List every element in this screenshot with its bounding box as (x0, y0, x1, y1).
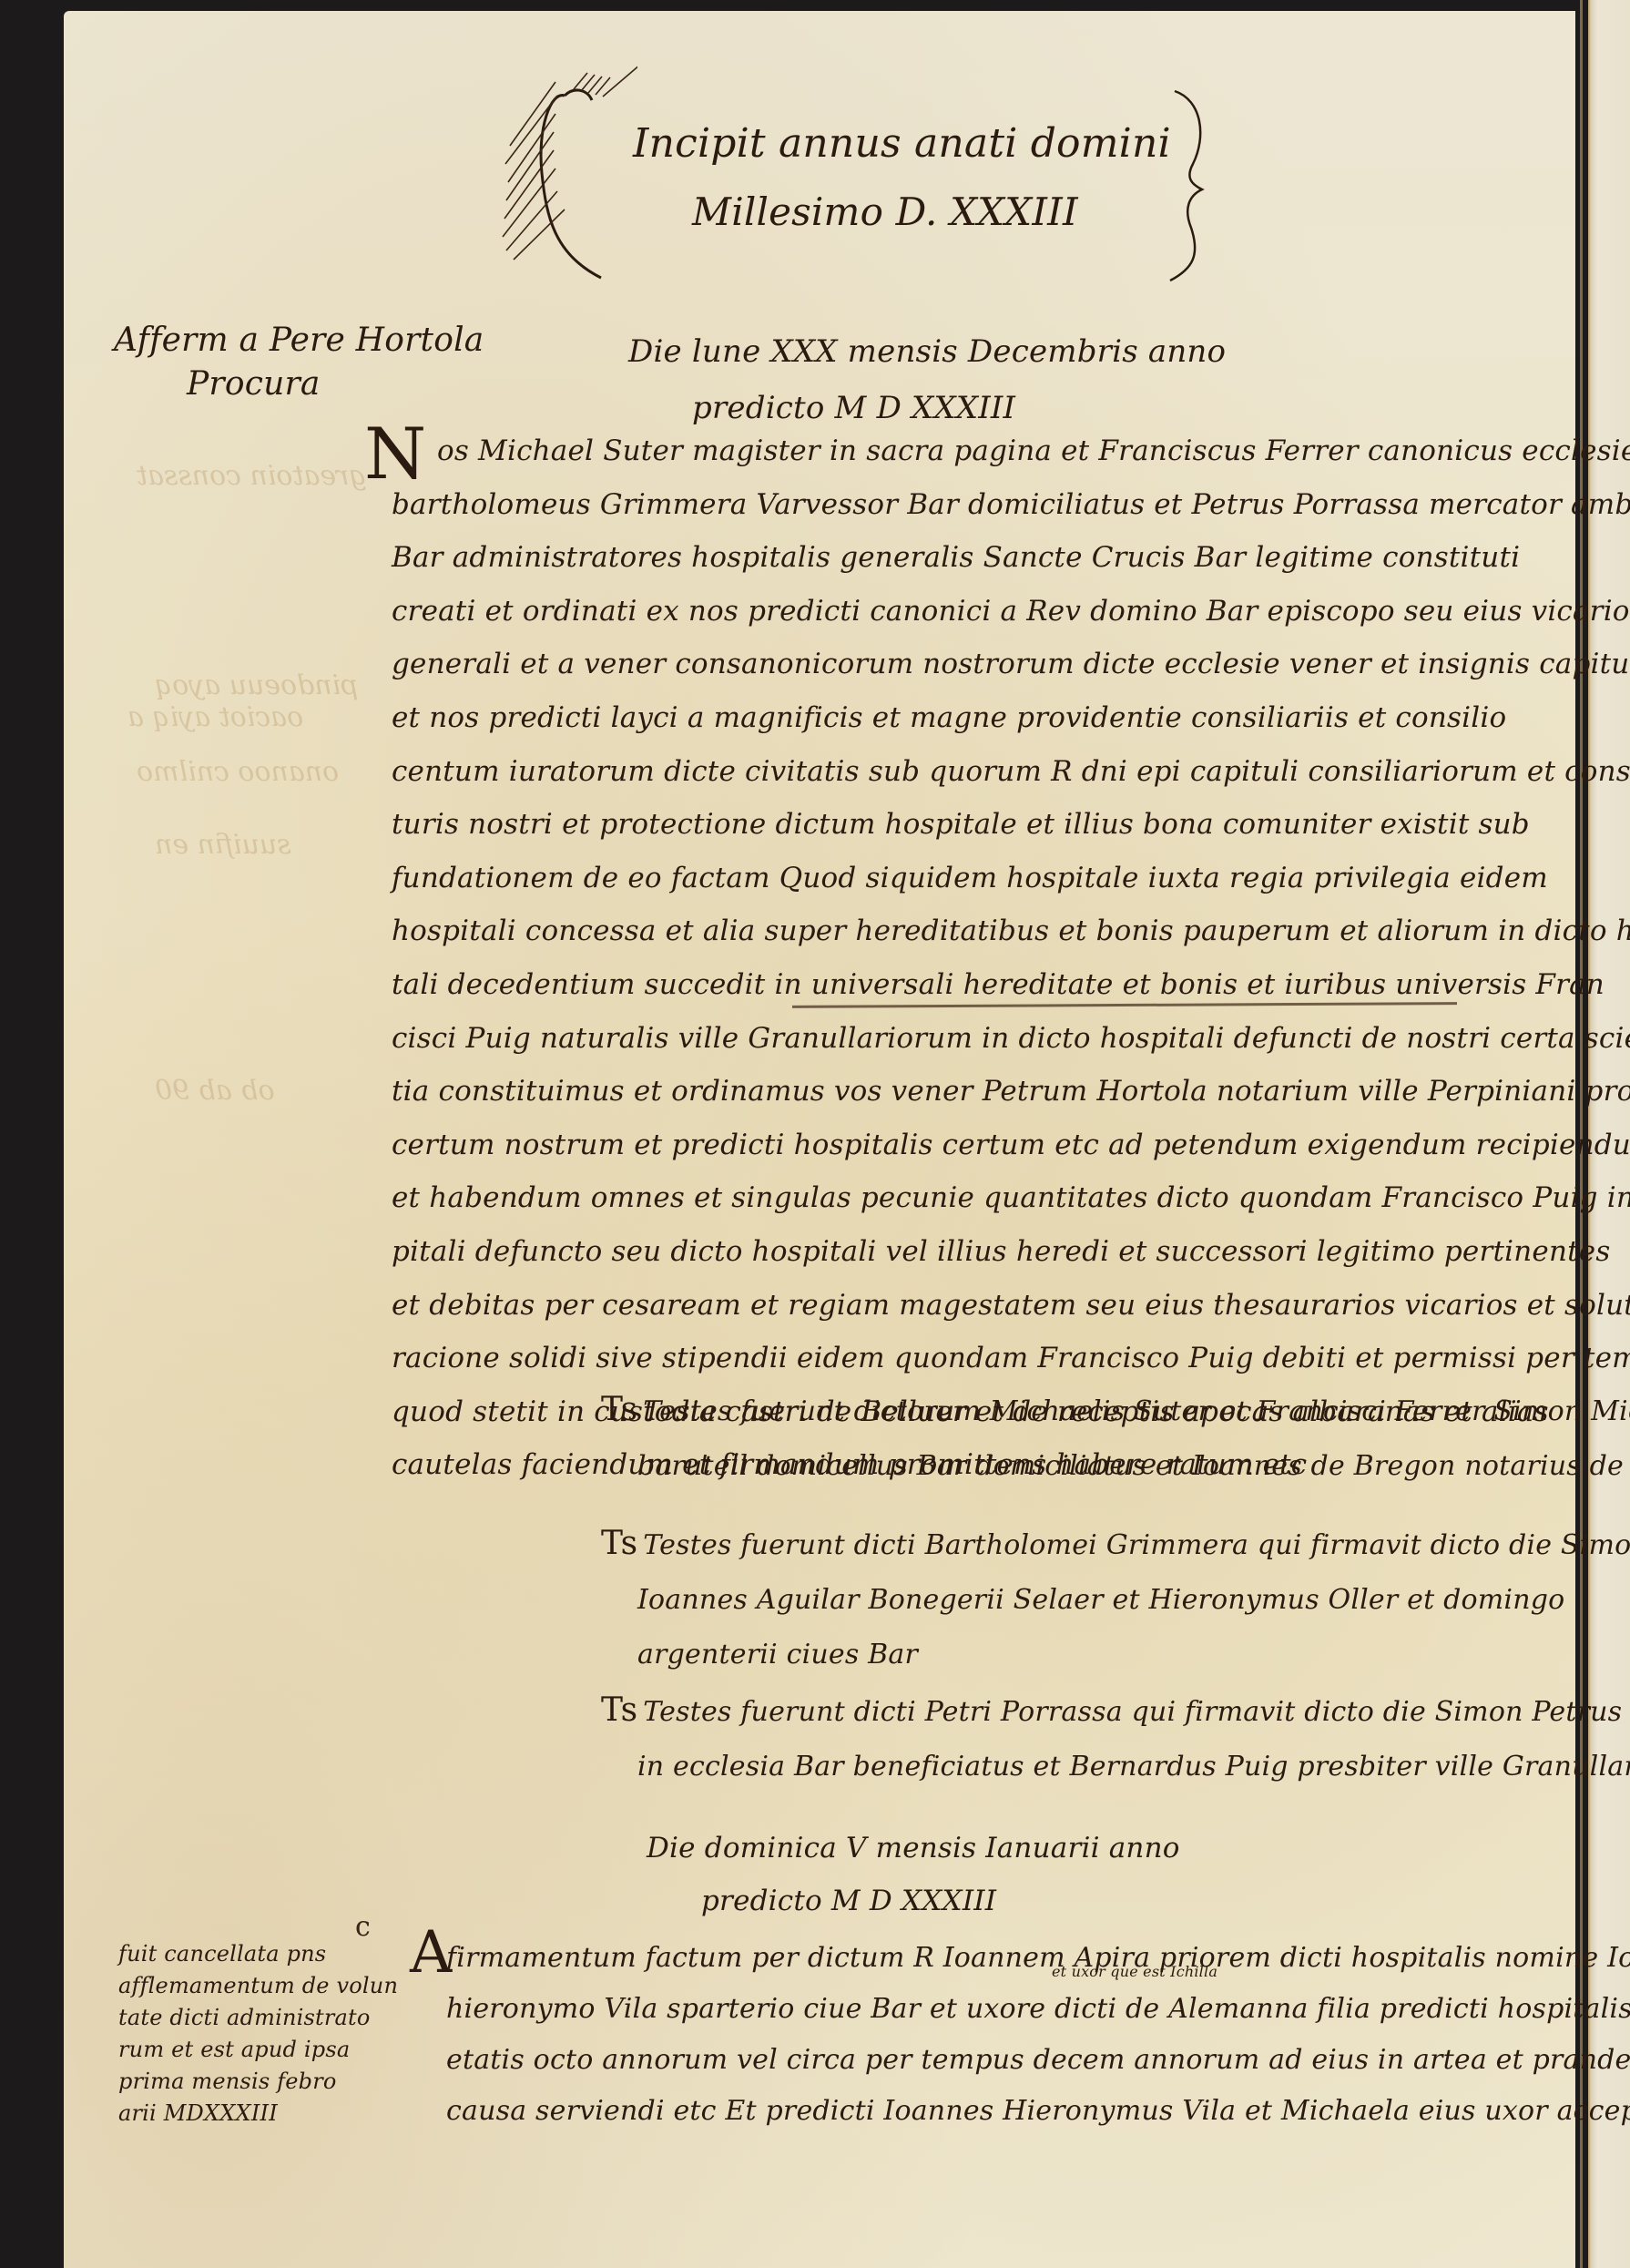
witness-entry-3: TsTestes fuerunt dicti Petri Porrassa qu… (601, 1683, 1630, 1794)
body-line: tia constituimus et ordinamus vos vener … (392, 1065, 1630, 1119)
body-line: turis nostri et protectione dictum hospi… (392, 798, 1630, 852)
entry-date-1: Die lune XXX mensis Decembris anno predi… (628, 323, 1226, 436)
body-line: racione solidi sive stipendii eidem quon… (392, 1332, 1630, 1385)
body-line: os Michael Suter magister in sacra pagin… (392, 424, 1630, 478)
body-line: firmamentum factum per dictum R Ioannem … (446, 1933, 1630, 1984)
bleed-through-text: onanoo cnilmo (137, 756, 339, 788)
bleed-through-text: suuifin en (155, 829, 291, 861)
witness-line: Testes fuerunt dicti Petri Porrassa qui … (643, 1696, 1630, 1728)
body-line: pitali defuncto seu dicto hospitali vel … (392, 1225, 1630, 1279)
body-line: et nos predicti layci a magnificis et ma… (392, 691, 1630, 745)
margin-note-procuration: Afferm a Pere Hortola Procura (114, 319, 484, 406)
witness-mark-icon: Ts (601, 1525, 637, 1562)
body-line: hieronymo Vila sparterio ciue Bar et uxo… (446, 1984, 1630, 2035)
body-line: creati et ordinati ex nos predicti canon… (392, 585, 1630, 639)
body-line: fundationem de eo factam Quod siquidem h… (392, 852, 1630, 905)
witness-line: Testes fuerunt dictorum Michaelis Suter … (643, 1395, 1630, 1427)
margin-note-line: Procura (114, 363, 484, 406)
page-heading: Incipit annus anati domini Millesimo D. … (510, 73, 1202, 273)
margin-note-line: arii MDXXXIII (118, 2098, 398, 2130)
date-line: Die dominica V mensis Ianuarii anno (647, 1822, 1180, 1875)
witness-line: in ecclesia Bar beneficiatus et Bernardu… (601, 1740, 1630, 1794)
heading-line-1: Incipit annus anati domini (633, 120, 1171, 167)
body-line: causa serviendi etc Et predicti Ioannes … (446, 2086, 1630, 2137)
date-line: predicto M D XXXIII (647, 1875, 1180, 1927)
heading-line-2: Millesimo D. XXXIII (692, 189, 1078, 234)
body-line: centum iuratorum dicte civitatis sub quo… (392, 745, 1630, 799)
body-line: certum nostrum et predicti hospitalis ce… (392, 1119, 1630, 1172)
entry-date-2: Die dominica V mensis Ianuarii anno pred… (647, 1822, 1180, 1927)
margin-note-line: fuit cancellata pns (118, 1938, 398, 1970)
body-line: etatis octo annorum vel circa per tempus… (446, 2035, 1630, 2086)
witness-line: argenterii ciues Bar (601, 1628, 1630, 1682)
witness-mark-icon: Ts (601, 1391, 637, 1428)
body-line: Bar administratores hospitalis generalis… (392, 531, 1630, 585)
margin-note-line: rum et est apud ipsa (118, 2034, 398, 2066)
body-line: et habendum omnes et singulas pecunie qu… (392, 1171, 1630, 1225)
date-line: Die lune XXX mensis Decembris anno (628, 323, 1226, 380)
body-line: hospitali concessa et alia super heredit… (392, 904, 1630, 958)
witness-mark-icon: Ts (601, 1691, 637, 1729)
bleed-through-text: greatoin conssat (137, 460, 367, 492)
witness-line: Ioannes Aguilar Bonegerii Selaer et Hier… (601, 1573, 1630, 1628)
entry-body-1: os Michael Suter magister in sacra pagin… (392, 424, 1630, 1492)
flourished-initial-icon (501, 64, 637, 282)
witness-entry-1: TsTestes fuerunt dictorum Michaelis Sute… (601, 1383, 1630, 1494)
bleed-through-text: ob ab 90 (155, 1075, 275, 1107)
margin-note-line: afflemamentum de volun (118, 1970, 398, 2002)
body-line: generali et a vener consanonicorum nostr… (392, 638, 1630, 691)
margin-note-line: Afferm a Pere Hortola (114, 319, 484, 363)
bleed-through-text: pindoeuu ayoq (155, 669, 358, 701)
body-line: bartholomeus Grimmera Varvessor Bar domi… (392, 478, 1630, 532)
margin-note-cancellation: fuit cancellata pns afflemamentum de vol… (118, 1938, 398, 2130)
margin-note-line: tate dicti administrato (118, 2002, 398, 2034)
witness-line: barutell domicellus Bar domiciliatus et … (601, 1439, 1630, 1494)
bleed-through-text: oaciot ayiq a (127, 701, 303, 733)
witness-entry-2: TsTestes fuerunt dicti Bartholomei Grimm… (601, 1517, 1630, 1682)
body-line: cisci Puig naturalis ville Granullarioru… (392, 1012, 1630, 1066)
body-line: et debitas per cesaream et regiam magest… (392, 1279, 1630, 1333)
witness-line: Testes fuerunt dicti Bartholomei Grimmer… (643, 1529, 1630, 1561)
right-brace-icon (1166, 82, 1211, 282)
margin-note-line: prima mensis febro (118, 2066, 398, 2098)
entry-body-2: firmamentum factum per dictum R Ioannem … (446, 1933, 1630, 2137)
